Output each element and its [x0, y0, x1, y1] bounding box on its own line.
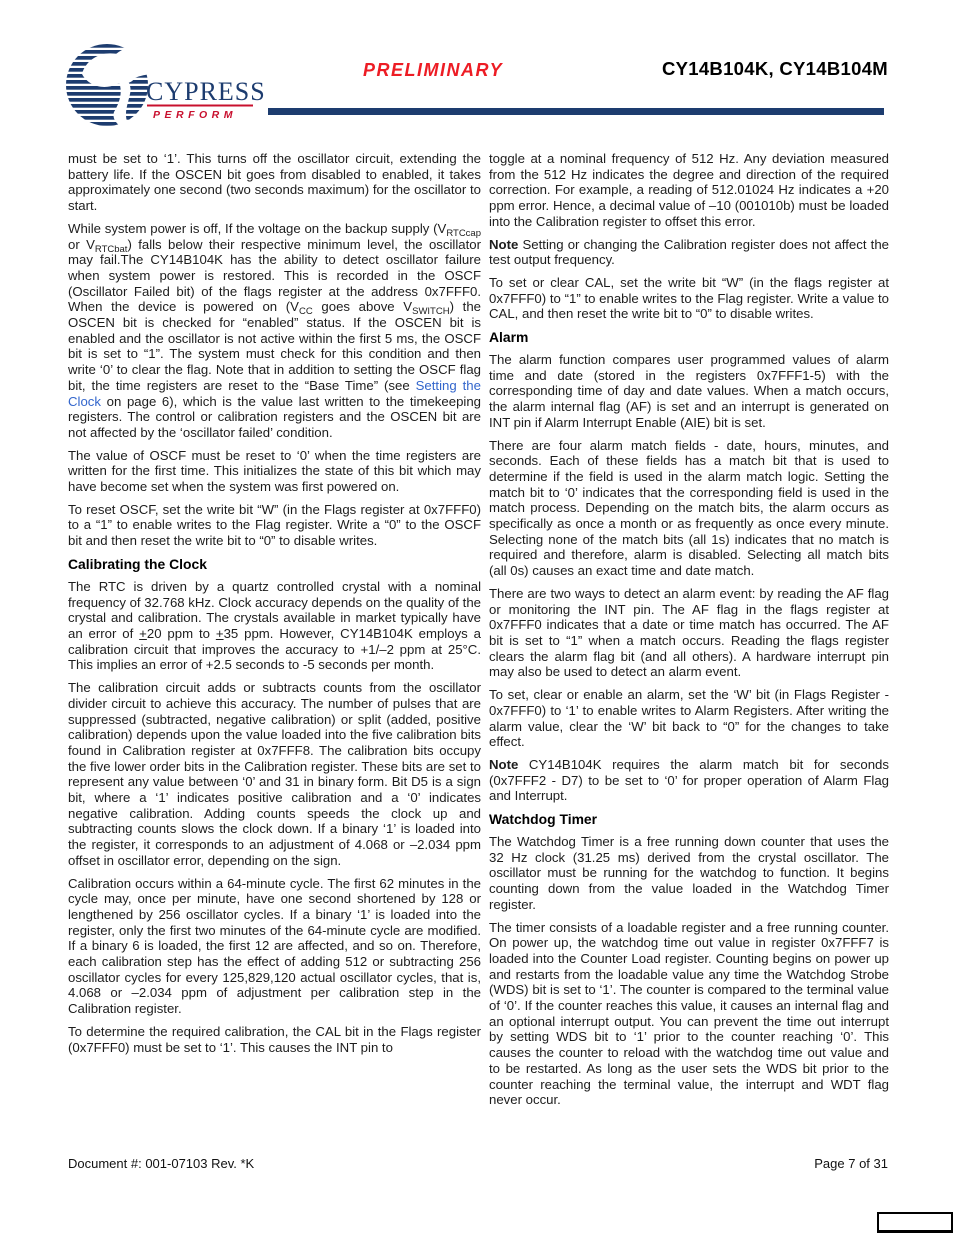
- paragraph: The alarm function compares user program…: [489, 352, 889, 431]
- text-segment: Alarm: [489, 329, 528, 345]
- text-segment: SWITCH: [412, 306, 449, 317]
- text-segment: on page 6), which is the value last writ…: [68, 394, 481, 440]
- paragraph: The value of OSCF must be reset to ‘0’ w…: [68, 448, 481, 495]
- paragraph: To reset OSCF, set the write bit “W” (in…: [68, 502, 481, 549]
- text-segment: Note: [489, 757, 518, 772]
- text-segment: There are four alarm match fields - date…: [489, 438, 889, 579]
- preliminary-label: PRELIMINARY: [363, 60, 503, 81]
- text-segment: must be set to ‘1’. This turns off the o…: [68, 151, 481, 213]
- text-segment: toggle at a nominal frequency of 512 Hz.…: [489, 151, 889, 229]
- doc-title: CY14B104K, CY14B104M: [662, 58, 888, 80]
- text-segment: The timer consists of a loadable registe…: [489, 920, 889, 1108]
- paragraph: Calibration occurs within a 64-minute cy…: [68, 876, 481, 1017]
- logo-tagline-text: PERFORM: [153, 109, 237, 121]
- text-segment: The alarm function compares user program…: [489, 352, 889, 430]
- text-segment: Setting or changing the Calibration regi…: [489, 237, 889, 268]
- text-segment: There are two ways to detect an alarm ev…: [489, 586, 889, 680]
- paragraph: To set, clear or enable an alarm, set th…: [489, 687, 889, 750]
- text-segment: or V: [68, 237, 95, 252]
- paragraph: The RTC is driven by a quartz controlled…: [68, 579, 481, 673]
- footer-page-number: Page 7 of 31: [814, 1156, 888, 1171]
- cypress-logo: CYPRESS PERFORM: [66, 38, 266, 130]
- paragraph: The Watchdog Timer is a free running dow…: [489, 834, 889, 913]
- paragraph: While system power is off, If the voltag…: [68, 221, 481, 441]
- paragraph: There are two ways to detect an alarm ev…: [489, 586, 889, 680]
- text-segment: Calibrating the Clock: [68, 556, 207, 572]
- column-right: toggle at a nominal frequency of 512 Hz.…: [489, 151, 889, 1115]
- text-segment: +: [139, 626, 147, 641]
- text-segment: ) falls below their respective minimum l…: [68, 237, 481, 315]
- text-segment: RTCcap: [446, 228, 481, 239]
- text-segment: To set, clear or enable an alarm, set th…: [489, 687, 889, 749]
- text-segment: To set or clear CAL, set the write bit “…: [489, 275, 889, 321]
- section-heading: Calibrating the Clock: [68, 556, 481, 573]
- paragraph: The calibration circuit adds or subtract…: [68, 680, 481, 868]
- section-heading: Alarm: [489, 329, 889, 346]
- text-segment: To reset OSCF, set the write bit “W” (in…: [68, 502, 481, 548]
- text-segment: CY14B104K requires the alarm match bit f…: [489, 757, 889, 803]
- column-left: must be set to ‘1’. This turns off the o…: [68, 151, 481, 1062]
- text-segment: RTCbat: [95, 244, 128, 255]
- header-rule: [268, 108, 884, 115]
- paragraph: Note Setting or changing the Calibration…: [489, 237, 889, 268]
- text-segment: +: [216, 626, 224, 641]
- text-segment: CC: [299, 306, 313, 317]
- text-segment: 20 ppm to: [147, 626, 216, 641]
- logo-brand-text: CYPRESS: [146, 77, 266, 106]
- text-segment: The calibration circuit adds or subtract…: [68, 680, 481, 868]
- text-segment: goes above V: [313, 299, 412, 314]
- text-segment: Calibration occurs within a 64-minute cy…: [68, 876, 481, 1017]
- text-segment: To determine the required calibration, t…: [68, 1024, 481, 1055]
- text-segment: Note: [489, 237, 518, 252]
- text-segment: While system power is off, If the voltag…: [68, 221, 446, 236]
- paragraph: The timer consists of a loadable registe…: [489, 920, 889, 1108]
- logo-underline: [147, 105, 253, 107]
- text-segment: Watchdog Timer: [489, 811, 597, 827]
- paragraph: To set or clear CAL, set the write bit “…: [489, 275, 889, 322]
- paragraph: Note CY14B104K requires the alarm match …: [489, 757, 889, 804]
- page: CYPRESS PERFORM PRELIMINARY CY14B104K, C…: [0, 0, 954, 1235]
- paragraph: toggle at a nominal frequency of 512 Hz.…: [489, 151, 889, 230]
- feedback-button[interactable]: [877, 1212, 953, 1233]
- paragraph: There are four alarm match fields - date…: [489, 438, 889, 579]
- footer-document-number: Document #: 001-07103 Rev. *K: [68, 1156, 254, 1171]
- paragraph: must be set to ‘1’. This turns off the o…: [68, 151, 481, 214]
- text-segment: The Watchdog Timer is a free running dow…: [489, 834, 889, 912]
- text-segment: The value of OSCF must be reset to ‘0’ w…: [68, 448, 481, 494]
- section-heading: Watchdog Timer: [489, 811, 889, 828]
- paragraph: To determine the required calibration, t…: [68, 1024, 481, 1055]
